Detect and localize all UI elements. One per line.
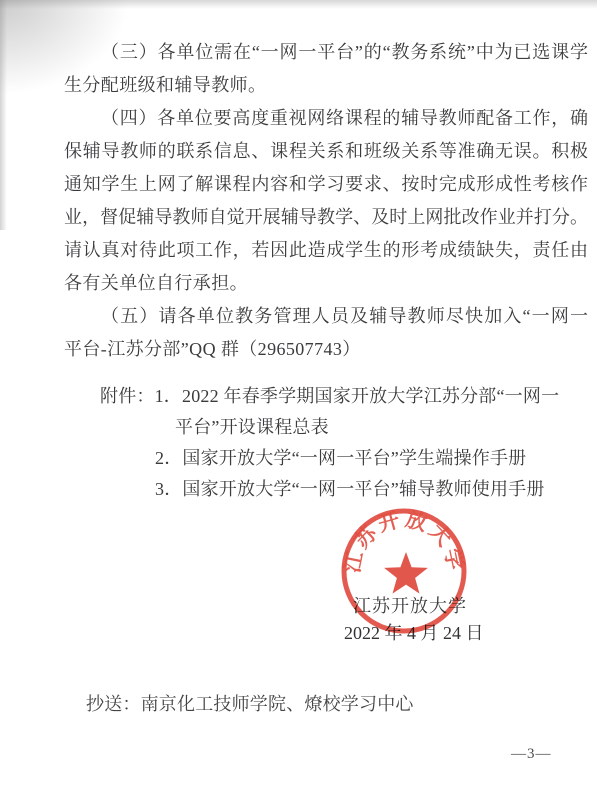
page-number: —3— xyxy=(511,746,552,763)
document-page: （三）各单位需在“一网一平台”的“教务系统”中为已选课学 生分配班级和辅导教师。… xyxy=(0,0,597,809)
item5-line2: 平台-江苏分部”QQ 群（296507743） xyxy=(64,333,588,366)
item4-line1: （四）各单位要高度重视网络课程的辅导教师配备工作，确 xyxy=(64,102,588,135)
attachment-2: 2．国家开放大学“一网一平台”学生端操作手册 xyxy=(155,443,592,474)
official-seal: 江苏开放大学 xyxy=(336,503,474,641)
attachment-3: 3．国家开放大学“一网一平台”辅导教师使用手册 xyxy=(155,474,592,505)
attachment-1-wrap: 平台”开设课程总表 xyxy=(175,412,592,443)
item4-line3: 通知学生上网了解课程内容和学习要求、按时完成形成性考核作 xyxy=(64,168,588,201)
item4-line6: 各有关单位自行承担。 xyxy=(64,267,588,300)
item5-line1: （五）请各单位教务管理人员及辅导教师尽快加入“一网一 xyxy=(64,300,588,333)
scan-shadow-left xyxy=(0,0,7,230)
star-icon xyxy=(384,552,428,594)
item4-line5: 请认真对待此项工作，若因此造成学生的形考成绩缺失，责任由 xyxy=(64,234,588,267)
item4-line2: 保辅导教师的联系信息、课程关系和班级关系等准确无误。积极 xyxy=(64,135,588,168)
attachment-heading-line: 附件：1．2022 年春季学期国家开放大学江苏分部“一网一 xyxy=(100,381,592,412)
item3-line1: （三）各单位需在“一网一平台”的“教务系统”中为已选课学 xyxy=(64,36,588,69)
item4-line4: 业，督促辅导教师自觉开展辅导教学、及时上网批改作业并打分。 xyxy=(64,201,588,234)
cc-recipients: 抄送：南京化工技师学院、燎校学习中心 xyxy=(86,690,414,716)
attachment-list: 附件：1．2022 年春季学期国家开放大学江苏分部“一网一 平台”开设课程总表 … xyxy=(100,381,592,505)
document-body: （三）各单位需在“一网一平台”的“教务系统”中为已选课学 生分配班级和辅导教师。… xyxy=(64,36,588,366)
item3-line2: 生分配班级和辅导教师。 xyxy=(64,69,588,102)
